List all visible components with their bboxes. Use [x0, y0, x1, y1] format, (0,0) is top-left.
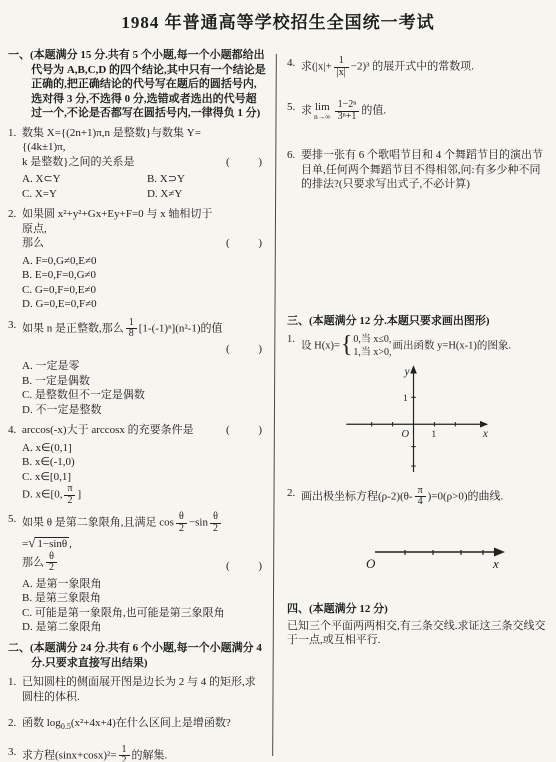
question-2-4: 4. 求(|x|+1|x|−2)³ 的展开式中的常数项. — [287, 56, 548, 78]
question-number: 6. — [287, 148, 295, 163]
fraction: 1−2ⁿ3ⁿ+1 — [335, 100, 360, 122]
question-text: 如果圆 x²+y²+Gx+Ey+F=0 与 x 轴相切于原点, 那么 () — [22, 207, 266, 251]
square-root: √1−sinθ — [28, 538, 69, 550]
fraction-numerator: π — [415, 486, 426, 497]
paren-close: ) — [258, 236, 262, 251]
y-tick-label-1: 1 — [403, 393, 408, 404]
left-brace: { — [341, 335, 353, 357]
question-number: 3. — [8, 318, 16, 333]
section-2-intro: 二、(本题满分 24 分.共有 6 个小题,每一个小题满分 4 分.只要求直接写… — [8, 641, 266, 670]
question-line: arccos(-x)大于 arccosx 的充要条件是 — [22, 424, 194, 436]
option: A. X⊂Y — [22, 172, 147, 187]
question-text: 要排一张有 6 个歌唱节目和 4 个舞蹈节目的演出节目单,任何两个舞蹈节目不得相… — [301, 149, 543, 190]
answer-parentheses: () — [226, 155, 262, 170]
paren-open: ( — [226, 236, 230, 251]
question-number: 5. — [8, 512, 16, 527]
fraction: 18 — [126, 318, 137, 340]
fraction: 12 — [119, 745, 130, 762]
limit-subscript: n→∞ — [314, 113, 331, 121]
fraction-numerator: θ — [210, 512, 221, 523]
fraction: θ2 — [176, 512, 187, 534]
option: A. F=0,G≠0,E≠0 — [22, 254, 266, 269]
option: A. 是第一象限角 — [22, 577, 266, 592]
question-number: 2. — [287, 486, 295, 501]
question-text: 求(|x|+ — [301, 61, 332, 73]
question-line: k 是整数}之间的关系是 — [22, 155, 220, 170]
question-text: 函数 log — [22, 717, 61, 729]
question-2-2: 2. 函数 log0.5(x²+4x+4)在什么区间上是增函数? — [8, 716, 266, 733]
option-text: ] — [78, 489, 82, 501]
paren-open: ( — [226, 155, 230, 170]
fraction-numerator: π — [64, 484, 75, 495]
fraction: θ2 — [46, 552, 57, 574]
question-2-options: A. F=0,G≠0,E≠0 B. E=0,F=0,G≠0 C. G=0,F=0… — [8, 254, 266, 312]
fraction-denominator: 2 — [176, 523, 187, 535]
question-number: 5. — [287, 100, 295, 115]
exam-title: 1984 年普通高等学校招生全国统一考试 — [0, 8, 556, 33]
case-row: 1,当 x>0, — [353, 346, 391, 359]
paren-close: ) — [258, 423, 262, 438]
limit-operator: limn→∞ — [314, 102, 331, 121]
axes-figure: y x O 1 1 — [335, 363, 548, 480]
paren-open: ( — [226, 423, 230, 438]
section-3-intro: 三、(本题满分 12 分.本题只要求画出图形) — [287, 314, 548, 329]
question-number: 1. — [8, 126, 16, 141]
question-text: 的值. — [361, 105, 386, 117]
option: C. 是整数但不一定是偶数 — [22, 388, 266, 403]
option-text: x∈[0, — [35, 489, 62, 501]
answer-parentheses: () — [226, 559, 262, 574]
question-text: 数集 X={(2n+1)π,n 是整数}与数集 Y={(4k±1)π, k 是整… — [22, 126, 266, 170]
question-text: (x²+4x+4)在什么区间上是增函数? — [71, 717, 231, 729]
option: B. x∈(-1,0) — [22, 455, 266, 470]
section-4-intro: 四、(本题满分 12 分) — [287, 602, 548, 617]
section-1-intro: 一、(本题满分 15 分.共有 5 个小题,每一个小题都给出代号为 A,B,C,… — [8, 48, 266, 121]
question-number: 1. — [8, 675, 16, 690]
question-text: −2)³ 的展开式中的常数项. — [351, 61, 474, 73]
ray-figure: O x — [365, 538, 548, 577]
origin-label: O — [402, 429, 410, 440]
paren-close: ) — [258, 155, 262, 170]
option: B. X⊃Y — [147, 172, 266, 187]
y-axis-arrow — [410, 365, 417, 373]
question-text: )=0(ρ>0)的曲线. — [428, 490, 504, 502]
radicand: 1−sinθ — [35, 537, 69, 550]
option: A. x∈(0,1] — [22, 441, 266, 456]
x-tick-label-1: 1 — [431, 429, 436, 440]
column-divider — [272, 54, 277, 756]
option: C. x∈[0,1] — [22, 470, 266, 485]
fraction-numerator: 1 — [119, 745, 130, 756]
y-axis-label: y — [404, 366, 410, 378]
question-line: 那么 — [22, 236, 220, 251]
question-2-6: 6. 要排一张有 6 个歌唱节目和 4 个舞蹈节目的演出节目单,任何两个舞蹈节目… — [287, 148, 548, 192]
question-2: 2. 如果圆 x²+y²+Gx+Ey+F=0 与 x 轴相切于原点, 那么 () — [8, 207, 266, 251]
fraction-denominator: 8 — [126, 328, 137, 340]
option: D. 是第二象限角 — [22, 620, 266, 635]
option: C. G=0,F=0,E≠0 — [22, 283, 266, 298]
option: D. 不一定是整数 — [22, 403, 266, 418]
answer-parentheses: () — [226, 423, 262, 438]
question-text: 那么 — [22, 556, 44, 568]
x-axis-label: x — [492, 556, 499, 571]
log-base-subscript: 0.5 — [61, 722, 71, 731]
origin-label: O — [366, 556, 376, 571]
polar-ray-svg: O x — [365, 538, 515, 572]
x-axis-arrow — [480, 421, 488, 428]
question-4-options: A. x∈(0,1] B. x∈(-1,0) C. x∈[0,1] D. x∈[… — [8, 441, 266, 507]
answer-paren-line: () — [22, 342, 266, 357]
question-text: arccos(-x)大于 arccosx 的充要条件是 () — [22, 423, 266, 438]
fraction: π4 — [415, 486, 426, 508]
fraction-denominator: 2 — [46, 562, 57, 574]
question-text: 设 H(x)= — [301, 340, 340, 351]
left-column: 一、(本题满分 15 分.共有 5 个小题,每一个小题都给出代号为 A,B,C,… — [8, 48, 266, 762]
question-text: 画出函数 y=H(x-1)的图象. — [393, 340, 512, 351]
question-3: 3. 如果 n 是正整数,那么18[1-(-1)ⁿ](n²-1)的值 () — [8, 318, 266, 357]
option: B. E=0,F=0,G≠0 — [22, 268, 266, 283]
question-5-options: A. 是第一象限角 B. 是第三象限角 C. 可能是第一象限角,也可能是第三象限… — [8, 577, 266, 635]
question-text: [1-(-1)ⁿ](n²-1)的值 — [139, 322, 223, 334]
option: D. X≠Y — [147, 187, 266, 202]
question-text: 的解集. — [132, 749, 168, 761]
question-text: 求 — [301, 105, 312, 117]
paren-open: ( — [226, 559, 230, 574]
question-number: 4. — [8, 423, 16, 438]
option: B. 一定是偶数 — [22, 374, 266, 389]
question-text: −sin — [189, 517, 208, 529]
question-5: 5. 如果 θ 是第二象限角,且满足 cosθ2−sinθ2=√1−sinθ, … — [8, 512, 266, 574]
option: A. 一定是零 — [22, 359, 266, 374]
right-column: 4. 求(|x|+1|x|−2)³ 的展开式中的常数项. 5. 求limn→∞1… — [287, 48, 548, 648]
question-text: 画出极坐标方程(ρ-2)(θ- — [301, 490, 413, 502]
fraction-denominator: |x| — [334, 67, 349, 79]
fraction-denominator: 2 — [119, 755, 130, 762]
option: C. X=Y — [22, 187, 147, 202]
question-3-2: 2. 画出极坐标方程(ρ-2)(θ-π4)=0(ρ>0)的曲线. — [287, 486, 548, 508]
question-text: 已知圆柱的侧面展开图是边长为 2 与 4 的矩形,求圆柱的体积. — [22, 676, 256, 703]
question-line: 如果圆 x²+y²+Gx+Ey+F=0 与 x 轴相切于原点, — [22, 207, 220, 236]
fraction-numerator: 1 — [336, 56, 347, 67]
question-4: 4. arccos(-x)大于 arccosx 的充要条件是 () — [8, 423, 266, 438]
question-line: 数集 X={(2n+1)π,n 是整数}与数集 Y={(4k±1)π, — [22, 126, 220, 155]
fraction-numerator: 1 — [126, 318, 137, 329]
paren-open: ( — [226, 342, 230, 357]
question-text: 如果 n 是正整数,那么 — [22, 322, 124, 334]
fraction-denominator: 2 — [64, 495, 75, 507]
question-number: 4. — [287, 56, 295, 71]
question-number: 2. — [8, 716, 16, 731]
fraction: π2 — [64, 484, 75, 506]
option: B. 是第三象限角 — [22, 591, 266, 606]
fraction-denominator: 4 — [415, 496, 426, 508]
paren-close: ) — [258, 342, 262, 357]
question-2-3: 3. 求方程(sinx+cosx)²=12的解集. — [8, 745, 266, 762]
question-text: 求方程(sinx+cosx)²= — [22, 749, 117, 761]
fraction: θ2 — [210, 512, 221, 534]
answer-parentheses: () — [226, 236, 262, 251]
x-axis-label: x — [482, 428, 488, 440]
question-text: 如果 θ 是第二象限角,且满足 cos — [22, 517, 174, 529]
coordinate-axes-svg: y x O 1 1 — [335, 363, 495, 475]
piecewise-cases: {0,当 x≤0,1,当 x>0, — [341, 333, 392, 359]
option: D. x∈[0,π2] — [22, 484, 266, 506]
paren-close: ) — [258, 559, 262, 574]
exam-page: 1984 年普通高等学校招生全国统一考试 一、(本题满分 15 分.共有 5 个… — [0, 0, 556, 762]
question-2-5: 5. 求limn→∞1−2ⁿ3ⁿ+1的值. — [287, 100, 548, 122]
question-text: , — [69, 538, 72, 550]
question-number: 3. — [8, 745, 16, 760]
option: C. 可能是第一象限角,也可能是第三象限角 — [22, 606, 266, 621]
question-3-1: 1. 设 H(x)={0,当 x≤0,1,当 x>0,画出函数 y=H(x-1)… — [287, 333, 548, 359]
fraction-numerator: 1−2ⁿ — [335, 100, 360, 111]
option: D. G=0,E=0,F≠0 — [22, 297, 266, 312]
question-number: 2. — [8, 207, 16, 222]
fraction-denominator: 2 — [210, 523, 221, 535]
case-row: 0,当 x≤0, — [353, 333, 391, 346]
option-label: D. — [22, 489, 33, 501]
fraction-numerator: θ — [46, 552, 57, 563]
question-2-1: 1. 已知圆柱的侧面展开图是边长为 2 与 4 的矩形,求圆柱的体积. — [8, 675, 266, 704]
question-number: 1. — [287, 333, 295, 347]
fraction-numerator: θ — [176, 512, 187, 523]
case-column: 0,当 x≤0,1,当 x>0, — [353, 333, 391, 359]
question-1-options: A. X⊂Y B. X⊃Y C. X=Y D. X≠Y — [8, 172, 266, 201]
fraction: 1|x| — [334, 56, 349, 78]
question-3-options: A. 一定是零 B. 一定是偶数 C. 是整数但不一定是偶数 D. 不一定是整数 — [8, 359, 266, 417]
section-4-body: 已知三个平面两两相交,有三条交线.求证这三条交线交于一点,或互相平行. — [287, 619, 548, 648]
question-line2: 那么θ2 () — [22, 552, 266, 574]
answer-parentheses: () — [226, 342, 262, 357]
question-1: 1. 数集 X={(2n+1)π,n 是整数}与数集 Y={(4k±1)π, k… — [8, 126, 266, 170]
fraction-denominator: 3ⁿ+1 — [335, 111, 360, 123]
